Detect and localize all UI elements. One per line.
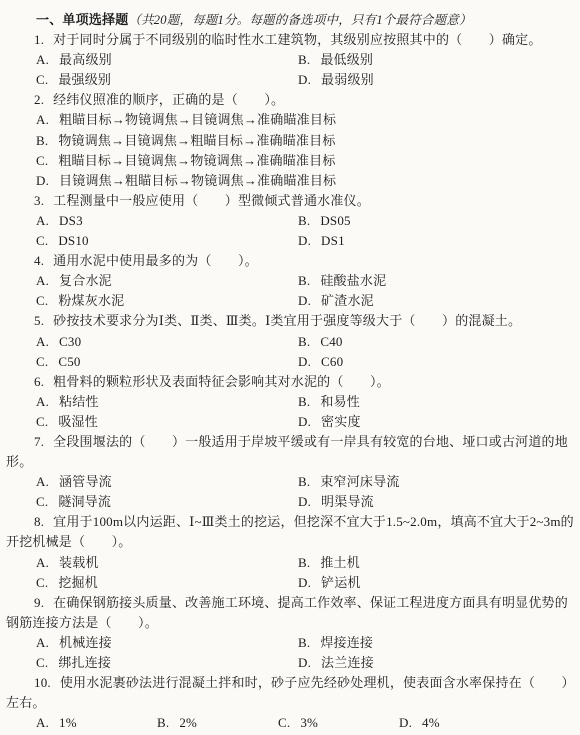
- question-stem: 砂按技术要求分为Ⅰ类、Ⅱ类、Ⅲ类。Ⅰ类宜用于强度等级大于（ ）的混凝土。: [53, 313, 521, 328]
- option-text: 3%: [300, 715, 318, 730]
- option-text: 明渠导流: [321, 494, 374, 509]
- options-row: C.粉煤灰水泥D.矿渣水泥: [6, 291, 574, 311]
- question-stem-row: 5.砂按技术要求分为Ⅰ类、Ⅱ类、Ⅲ类。Ⅰ类宜用于强度等级大于（ ）的混凝土。: [6, 311, 574, 331]
- option-text: 最弱级别: [321, 72, 374, 87]
- option-label: A.: [36, 334, 49, 349]
- option: B.2%: [157, 713, 278, 733]
- option-label: B.: [157, 715, 169, 730]
- option-text: 目镜调焦→粗瞄目标→物镜调焦→准确瞄准目标: [59, 173, 336, 188]
- question-stem: 通用水泥中使用最多的为（ ）。: [53, 253, 258, 268]
- question-stem: 在确保钢筋接头质量、改善施工环境、提高工作效率、保证工程进度方面具有明显优势的钢…: [6, 595, 568, 630]
- option-text: 法兰连接: [321, 655, 374, 670]
- option-text: 粗瞄目标→物镜调焦→目镜调焦→准确瞄准目标: [59, 112, 336, 127]
- option-label: D.: [298, 72, 311, 87]
- question-stem: 粗骨料的颗粒形状及表面特征会影响其对水泥的（ ）。: [53, 374, 390, 389]
- option-label: B.: [298, 52, 310, 67]
- option: D.C60: [298, 352, 343, 372]
- question-number: 9.: [34, 595, 44, 610]
- options-row: B.物镜调焦→目镜调焦→粗瞄目标→准确瞄准目标: [6, 131, 574, 151]
- option-text: 束窄河床导流: [320, 474, 399, 489]
- option-label: C.: [36, 414, 48, 429]
- option-text: 最高级别: [59, 52, 112, 67]
- option: A.最高级别: [36, 50, 298, 70]
- option-label: D.: [298, 494, 311, 509]
- option-text: C60: [321, 354, 343, 369]
- option-text: 装载机: [59, 555, 99, 570]
- question-block: 8.宜用于100m以内运距、Ⅰ~Ⅲ类土的挖运，但挖深不宜大于1.5~2.0m，填…: [6, 512, 574, 592]
- question-stem: 使用水泥裹砂法进行混凝土拌和时，砂子应先经砂处理机，使表面含水率保持在（ ）左右…: [6, 675, 568, 710]
- option: B.和易性: [298, 392, 360, 412]
- option-label: D.: [298, 655, 311, 670]
- option-label: C.: [36, 575, 48, 590]
- option: B.硅酸盐水泥: [298, 271, 386, 291]
- question-stem: 宜用于100m以内运距、Ⅰ~Ⅲ类土的挖运，但挖深不宜大于1.5~2.0m，填高不…: [6, 514, 574, 549]
- question-stem-row: 3.工程测量中一般应使用（ ）型微倾式普通水准仪。: [6, 191, 574, 211]
- option-label: A.: [36, 213, 49, 228]
- option: C.C50: [36, 352, 298, 372]
- option-label: D.: [298, 293, 311, 308]
- options-row: C.最强级别D.最弱级别: [6, 70, 574, 90]
- option-label: D.: [36, 173, 49, 188]
- option: B.最低级别: [298, 50, 373, 70]
- options-row: A.1%B.2%C.3%D.4%: [6, 713, 574, 733]
- option-text: 最强级别: [58, 72, 111, 87]
- option: C.粗瞄目标→目镜调焦→物镜调焦→准确瞄准目标: [36, 151, 336, 171]
- question-number: 7.: [34, 434, 44, 449]
- option-text: 焊接连接: [320, 635, 373, 650]
- option-text: 粗瞄目标→目镜调焦→物镜调焦→准确瞄准目标: [58, 153, 335, 168]
- option-label: D.: [298, 414, 311, 429]
- option-text: 4%: [422, 715, 440, 730]
- options-row: A.粗瞄目标→物镜调焦→目镜调焦→准确瞄准目标: [6, 110, 574, 130]
- question-block: 9.在确保钢筋接头质量、改善施工环境、提高工作效率、保证工程进度方面具有明显优势…: [6, 593, 574, 673]
- option: D.4%: [399, 713, 440, 733]
- options-row: A.涵管导流B.束窄河床导流: [6, 472, 574, 492]
- option-label: C.: [36, 354, 48, 369]
- option-text: 绑扎连接: [58, 655, 111, 670]
- option: B.焊接连接: [298, 633, 373, 653]
- option-label: A.: [36, 52, 49, 67]
- option-text: DS05: [320, 213, 350, 228]
- option-text: 物镜调焦→目镜调焦→粗瞄目标→准确瞄准目标: [58, 133, 335, 148]
- question-number: 2.: [34, 92, 44, 107]
- option-label: A.: [36, 112, 49, 127]
- option: D.最弱级别: [298, 70, 374, 90]
- option-text: 2%: [179, 715, 197, 730]
- option-text: DS3: [59, 213, 83, 228]
- question-number: 8.: [34, 514, 44, 529]
- option-text: C30: [59, 334, 81, 349]
- option: D.密实度: [298, 412, 361, 432]
- option: D.目镜调焦→粗瞄目标→物镜调焦→准确瞄准目标: [36, 171, 336, 191]
- section-heading: 一、单项选择题: [36, 12, 128, 27]
- question-stem-row: 6.粗骨料的颗粒形状及表面特征会影响其对水泥的（ ）。: [6, 372, 574, 392]
- question-stem: 对于同时分属于不同级别的临时性水工建筑物，其级别应按照其中的（ ）确定。: [53, 32, 541, 47]
- option-label: C.: [36, 72, 48, 87]
- option: C.挖掘机: [36, 573, 298, 593]
- exam-page: 一、单项选择题（共20题，每题1分。每题的备选项中，只有1个最符合题意） 1.对…: [0, 0, 580, 735]
- option-text: 1%: [59, 715, 77, 730]
- option-label: C.: [36, 494, 48, 509]
- option: A.复合水泥: [36, 271, 298, 291]
- options-row: A.复合水泥B.硅酸盐水泥: [6, 271, 574, 291]
- option-text: 密实度: [321, 414, 361, 429]
- option: D.法兰连接: [298, 653, 374, 673]
- question-block: 3.工程测量中一般应使用（ ）型微倾式普通水准仪。A.DS3B.DS05C.DS…: [6, 191, 574, 251]
- options-row: C.吸湿性D.密实度: [6, 412, 574, 432]
- option-label: C.: [36, 233, 48, 248]
- question-stem-row: 9.在确保钢筋接头质量、改善施工环境、提高工作效率、保证工程进度方面具有明显优势…: [6, 593, 574, 633]
- question-stem-row: 10.使用水泥裹砂法进行混凝土拌和时，砂子应先经砂处理机，使表面含水率保持在（ …: [6, 673, 574, 713]
- option-label: C.: [36, 293, 48, 308]
- option-label: D.: [298, 575, 311, 590]
- option-text: DS10: [58, 233, 88, 248]
- option: D.明渠导流: [298, 492, 374, 512]
- option: B.物镜调焦→目镜调焦→粗瞄目标→准确瞄准目标: [36, 131, 336, 151]
- option-text: C40: [320, 334, 342, 349]
- question-stem: 经纬仪照准的顺序，正确的是（ ）。: [53, 92, 284, 107]
- option-label: D.: [399, 715, 412, 730]
- option-text: 涵管导流: [59, 474, 112, 489]
- question-stem-row: 1.对于同时分属于不同级别的临时性水工建筑物，其级别应按照其中的（ ）确定。: [6, 30, 574, 50]
- option-text: 复合水泥: [59, 273, 112, 288]
- question-number: 3.: [34, 193, 44, 208]
- option-label: A.: [36, 474, 49, 489]
- option-label: B.: [298, 334, 310, 349]
- question-block: 6.粗骨料的颗粒形状及表面特征会影响其对水泥的（ ）。A.粘结性B.和易性C.吸…: [6, 372, 574, 432]
- question-number: 4.: [34, 253, 44, 268]
- options-row: C.DS10D.DS1: [6, 231, 574, 251]
- options-row: D.目镜调焦→粗瞄目标→物镜调焦→准确瞄准目标: [6, 171, 574, 191]
- option-label: B.: [298, 394, 310, 409]
- option: C.粉煤灰水泥: [36, 291, 298, 311]
- option-text: 铲运机: [321, 575, 361, 590]
- question-number: 5.: [34, 313, 44, 328]
- option-label: A.: [36, 715, 49, 730]
- option-text: 挖掘机: [58, 575, 98, 590]
- option: B.推土机: [298, 553, 360, 573]
- option-text: 推土机: [320, 555, 360, 570]
- option-label: C.: [36, 153, 48, 168]
- option-text: 机械连接: [59, 635, 112, 650]
- option-label: C.: [278, 715, 290, 730]
- options-row: C.挖掘机D.铲运机: [6, 573, 574, 593]
- options-row: A.最高级别B.最低级别: [6, 50, 574, 70]
- option: A.粗瞄目标→物镜调焦→目镜调焦→准确瞄准目标: [36, 110, 336, 130]
- question-block: 1.对于同时分属于不同级别的临时性水工建筑物，其级别应按照其中的（ ）确定。A.…: [6, 30, 574, 90]
- section-note: （共20题，每题1分。每题的备选项中，只有1个最符合题意）: [128, 13, 471, 27]
- option-text: 隧洞导流: [58, 494, 111, 509]
- options-row: A.DS3B.DS05: [6, 211, 574, 231]
- question-number: 1.: [34, 32, 44, 47]
- options-row: C.隧洞导流D.明渠导流: [6, 492, 574, 512]
- option-label: B.: [36, 133, 48, 148]
- options-row: C.粗瞄目标→目镜调焦→物镜调焦→准确瞄准目标: [6, 151, 574, 171]
- question-stem: 全段围堰法的（ ）一般适用于岸坡平缓或有一岸具有较宽的台地、垭口或古河道的地形。: [6, 434, 568, 469]
- question-block: 10.使用水泥裹砂法进行混凝土拌和时，砂子应先经砂处理机，使表面含水率保持在（ …: [6, 673, 574, 733]
- questions-list: 1.对于同时分属于不同级别的临时性水工建筑物，其级别应按照其中的（ ）确定。A.…: [6, 30, 574, 733]
- option: C.吸湿性: [36, 412, 298, 432]
- option: C.隧洞导流: [36, 492, 298, 512]
- option-text: 粘结性: [59, 394, 99, 409]
- question-stem-row: 4.通用水泥中使用最多的为（ ）。: [6, 251, 574, 271]
- option-label: A.: [36, 394, 49, 409]
- question-stem: 工程测量中一般应使用（ ）型微倾式普通水准仪。: [53, 193, 370, 208]
- option-label: B.: [298, 635, 310, 650]
- question-block: 7.全段围堰法的（ ）一般适用于岸坡平缓或有一岸具有较宽的台地、垭口或古河道的地…: [6, 432, 574, 512]
- option: D.铲运机: [298, 573, 361, 593]
- option: A.涵管导流: [36, 472, 298, 492]
- option-text: 硅酸盐水泥: [320, 273, 386, 288]
- option: B.DS05: [298, 211, 351, 231]
- question-number: 10.: [34, 675, 51, 690]
- section-heading-row: 一、单项选择题（共20题，每题1分。每题的备选项中，只有1个最符合题意）: [6, 10, 574, 30]
- option: C.最强级别: [36, 70, 298, 90]
- option-text: 最低级别: [320, 52, 373, 67]
- question-number: 6.: [34, 374, 44, 389]
- option: A.机械连接: [36, 633, 298, 653]
- option: A.DS3: [36, 211, 298, 231]
- question-stem-row: 2.经纬仪照准的顺序，正确的是（ ）。: [6, 90, 574, 110]
- option-label: A.: [36, 555, 49, 570]
- option: D.DS1: [298, 231, 345, 251]
- options-row: C.C50D.C60: [6, 352, 574, 372]
- option: D.矿渣水泥: [298, 291, 374, 311]
- option: A.装载机: [36, 553, 298, 573]
- option: A.1%: [36, 713, 157, 733]
- question-block: 2.经纬仪照准的顺序，正确的是（ ）。A.粗瞄目标→物镜调焦→目镜调焦→准确瞄准…: [6, 90, 574, 190]
- question-block: 5.砂按技术要求分为Ⅰ类、Ⅱ类、Ⅲ类。Ⅰ类宜用于强度等级大于（ ）的混凝土。A.…: [6, 311, 574, 371]
- option-text: 吸湿性: [58, 414, 98, 429]
- question-stem-row: 8.宜用于100m以内运距、Ⅰ~Ⅲ类土的挖运，但挖深不宜大于1.5~2.0m，填…: [6, 512, 574, 552]
- option-label: B.: [298, 273, 310, 288]
- option-text: 粉煤灰水泥: [58, 293, 124, 308]
- option: B.C40: [298, 332, 343, 352]
- option-label: B.: [298, 474, 310, 489]
- option-label: D.: [298, 233, 311, 248]
- options-row: A.C30B.C40: [6, 332, 574, 352]
- option-text: 矿渣水泥: [321, 293, 374, 308]
- option: A.C30: [36, 332, 298, 352]
- option-label: A.: [36, 273, 49, 288]
- options-row: C.绑扎连接D.法兰连接: [6, 653, 574, 673]
- options-row: A.装载机B.推土机: [6, 553, 574, 573]
- question-stem-row: 7.全段围堰法的（ ）一般适用于岸坡平缓或有一岸具有较宽的台地、垭口或古河道的地…: [6, 432, 574, 472]
- option-label: C.: [36, 655, 48, 670]
- option-label: A.: [36, 635, 49, 650]
- option: C.绑扎连接: [36, 653, 298, 673]
- question-block: 4.通用水泥中使用最多的为（ ）。A.复合水泥B.硅酸盐水泥C.粉煤灰水泥D.矿…: [6, 251, 574, 311]
- option-label: B.: [298, 555, 310, 570]
- option-text: 和易性: [320, 394, 360, 409]
- option: B.束窄河床导流: [298, 472, 400, 492]
- option-label: B.: [298, 213, 310, 228]
- option-text: C50: [58, 354, 80, 369]
- option: C.DS10: [36, 231, 298, 251]
- option: C.3%: [278, 713, 399, 733]
- option-text: DS1: [321, 233, 345, 248]
- options-row: A.粘结性B.和易性: [6, 392, 574, 412]
- option-label: D.: [298, 354, 311, 369]
- option: A.粘结性: [36, 392, 298, 412]
- options-row: A.机械连接B.焊接连接: [6, 633, 574, 653]
